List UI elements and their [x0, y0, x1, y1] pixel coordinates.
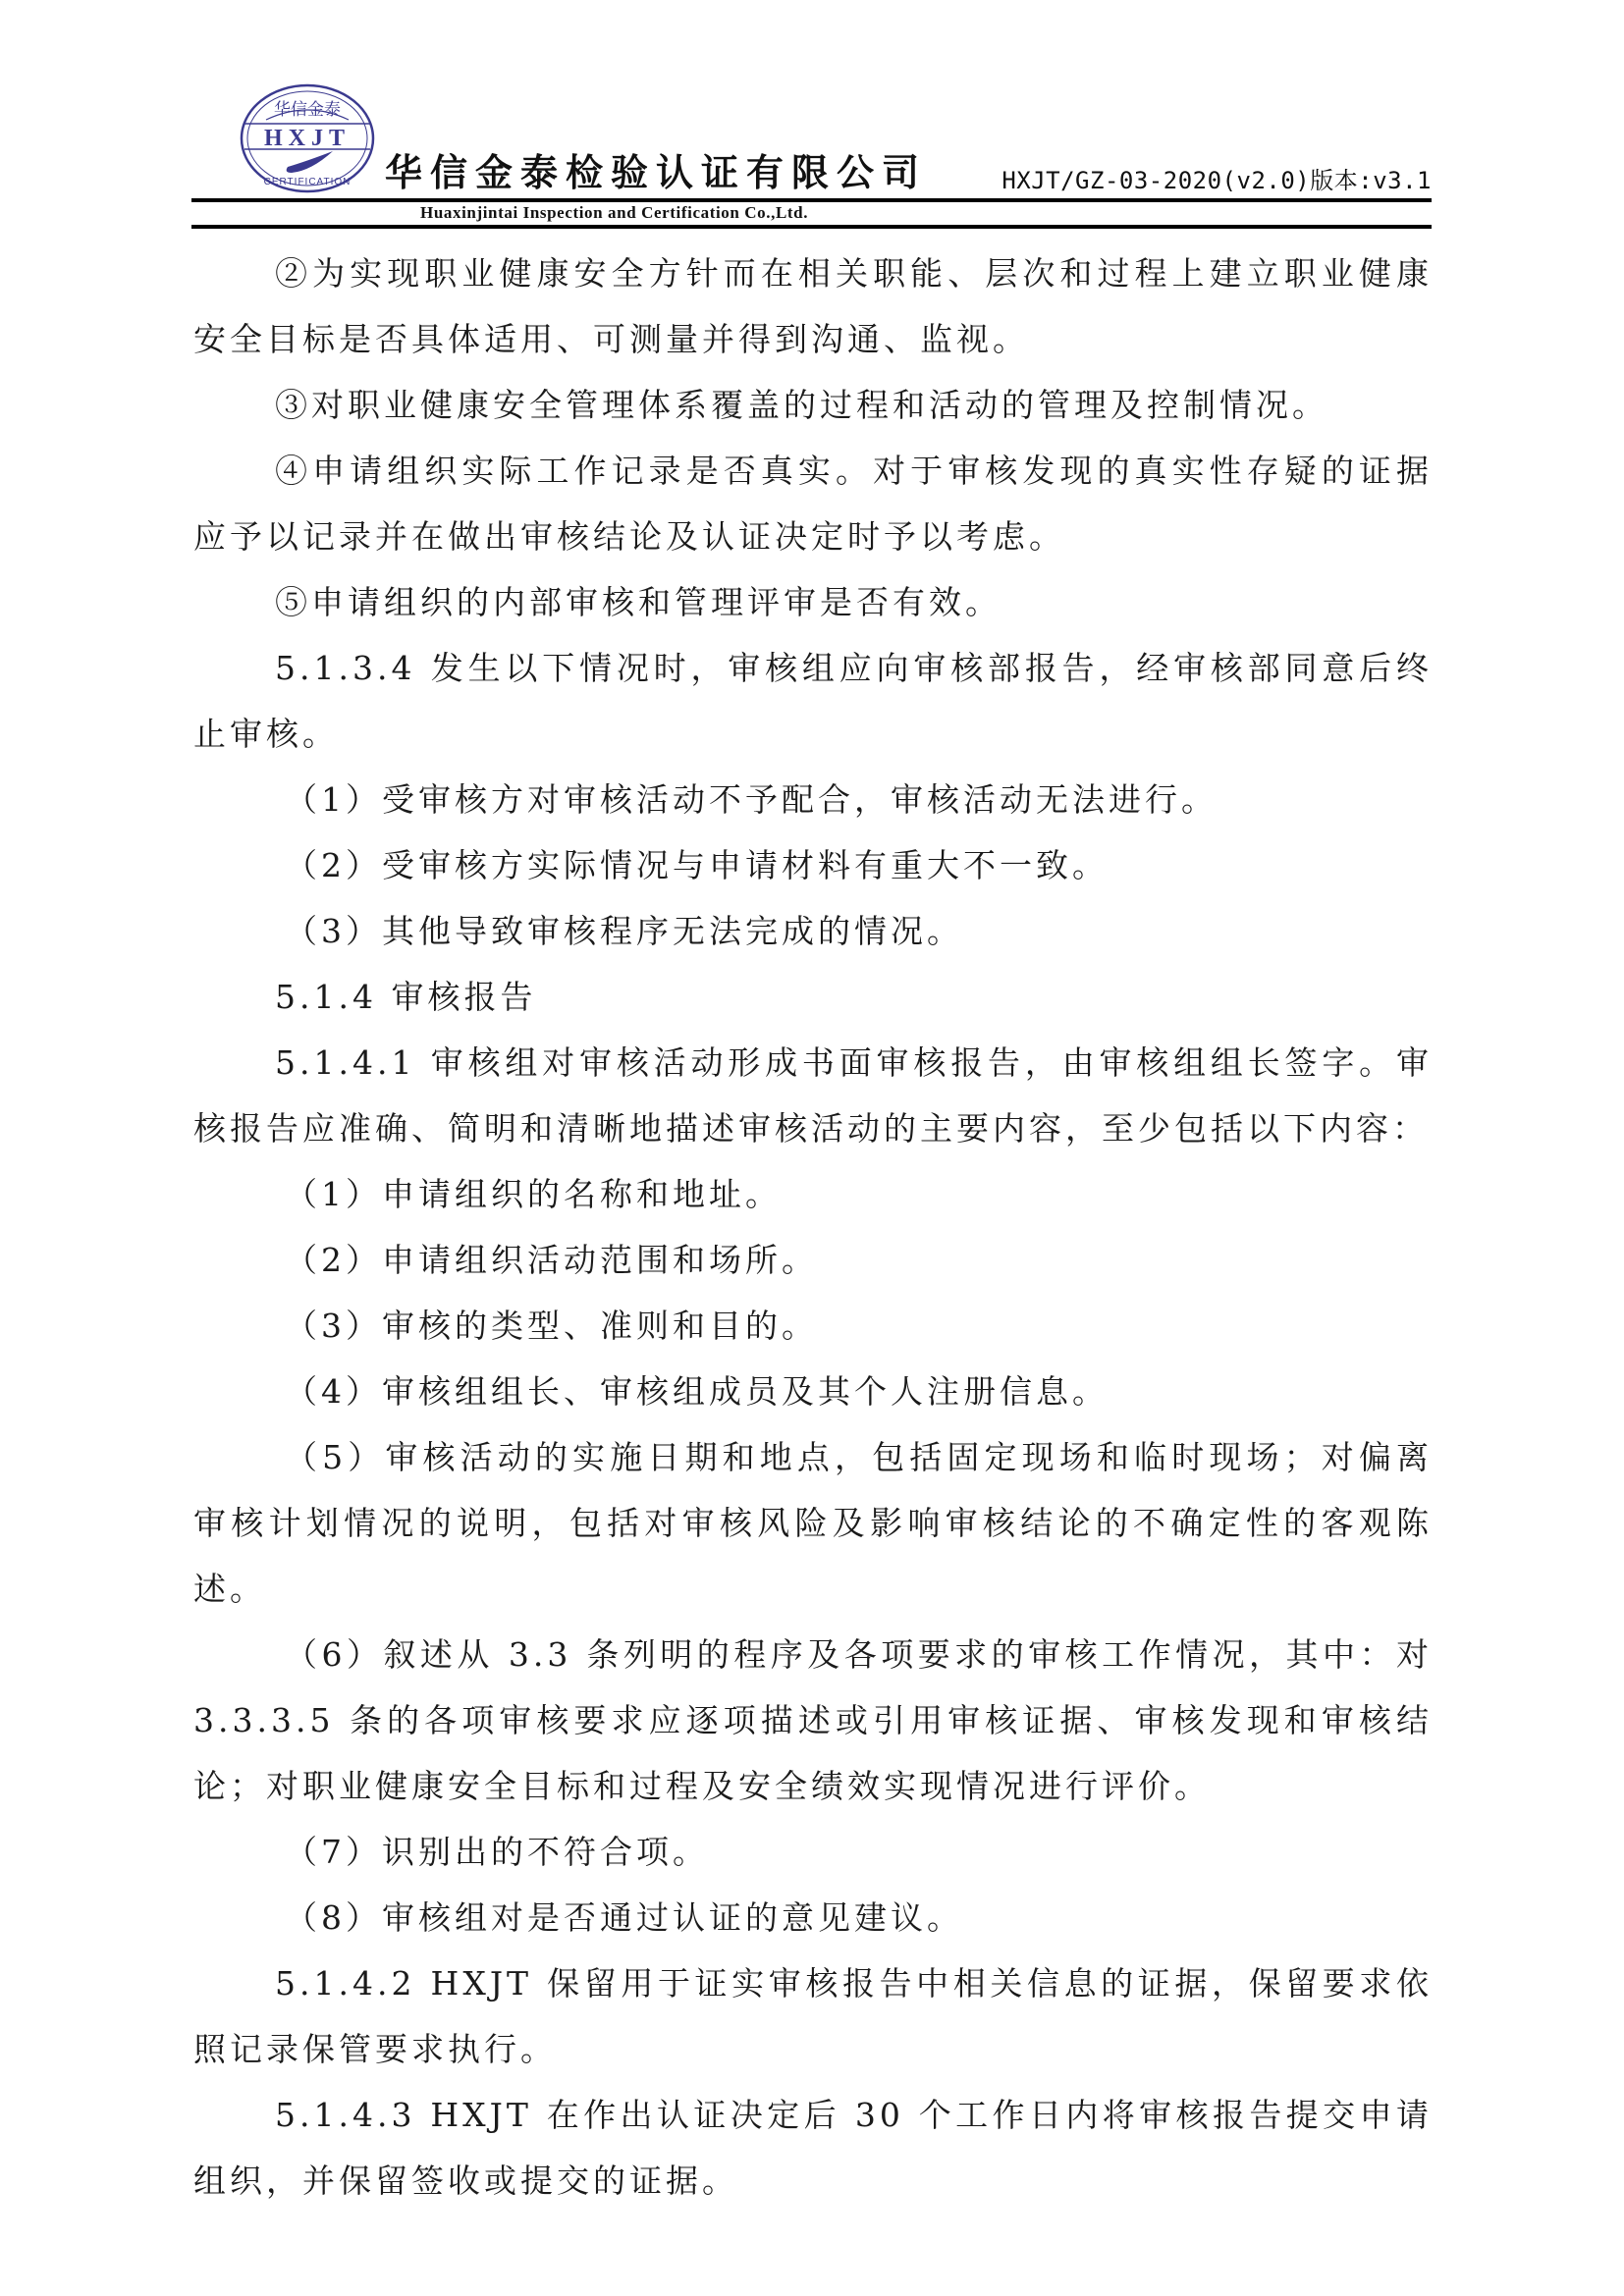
list-item: （2）受审核方实际情况与申请材料有重大不一致。: [193, 832, 1433, 898]
paragraph: ③对职业健康安全管理体系覆盖的过程和活动的管理及控制情况。: [193, 372, 1433, 438]
company-name-en: Huaxinjintai Inspection and Certificatio…: [420, 202, 808, 224]
list-item: （8）审核组对是否通过认证的意见建议。: [193, 1885, 1433, 1950]
list-item: （5）审核活动的实施日期和地点，包括固定现场和临时现场；对偏离审核计划情况的说明…: [193, 1424, 1433, 1622]
paragraph: ④申请组织实际工作记录是否真实。对于审核发现的真实性存疑的证据应予以记录并在做出…: [193, 438, 1433, 569]
header-rule-top: [191, 198, 1432, 202]
paragraph: ⑤申请组织的内部审核和管理评审是否有效。: [193, 569, 1433, 635]
list-item: （1）申请组织的名称和地址。: [193, 1161, 1433, 1227]
list-item: （3）其他导致审核程序无法完成的情况。: [193, 898, 1433, 964]
paragraph: ②为实现职业健康安全方针而在相关职能、层次和过程上建立职业健康安全目标是否具体适…: [193, 240, 1433, 372]
section-5-1-4-2: 5.1.4.2 HXJT 保留用于证实审核报告中相关信息的证据，保留要求依照记录…: [193, 1950, 1433, 2082]
document-code: HXJT/GZ-03-2020(v2.0)版本:v3.1: [1001, 161, 1432, 195]
section-5-1-4-3: 5.1.4.3 HXJT 在作出认证决定后 30 个工作日内将审核报告提交申请组…: [193, 2082, 1433, 2214]
company-name-cn: 华信金泰检验认证有限公司: [385, 149, 927, 196]
list-item: （3）审核的类型、准则和目的。: [193, 1293, 1433, 1359]
list-item: （1）受审核方对审核活动不予配合，审核活动无法进行。: [193, 767, 1433, 832]
hxjt-certification-logo-icon: 华信金泰 HXJT CERTIFICATION: [239, 82, 376, 194]
section-5-1-4-1: 5.1.4.1 审核组对审核活动形成书面审核报告，由审核组组长签字。审核报告应准…: [193, 1030, 1433, 1161]
list-item: （7）识别出的不符合项。: [193, 1819, 1433, 1885]
section-heading-5-1-4: 5.1.4 审核报告: [193, 964, 1433, 1030]
list-item: （2）申请组织活动范围和场所。: [193, 1227, 1433, 1293]
logo-arc-text: 华信金泰: [274, 100, 341, 120]
header-rule-bottom: [191, 225, 1432, 229]
section-5-1-3-4: 5.1.3.4 发生以下情况时，审核组应向审核部报告，经审核部同意后终止审核。: [193, 635, 1433, 767]
list-item: （4）审核组组长、审核组成员及其个人注册信息。: [193, 1359, 1433, 1424]
logo-initials: HXJT: [264, 126, 351, 151]
list-item: （6）叙述从 3.3 条列明的程序及各项要求的审核工作情况，其中：对 3.3.3…: [193, 1622, 1433, 1819]
document-body: ②为实现职业健康安全方针而在相关职能、层次和过程上建立职业健康安全目标是否具体适…: [193, 240, 1433, 2214]
logo-bottom-text: CERTIFICATION: [264, 177, 352, 187]
